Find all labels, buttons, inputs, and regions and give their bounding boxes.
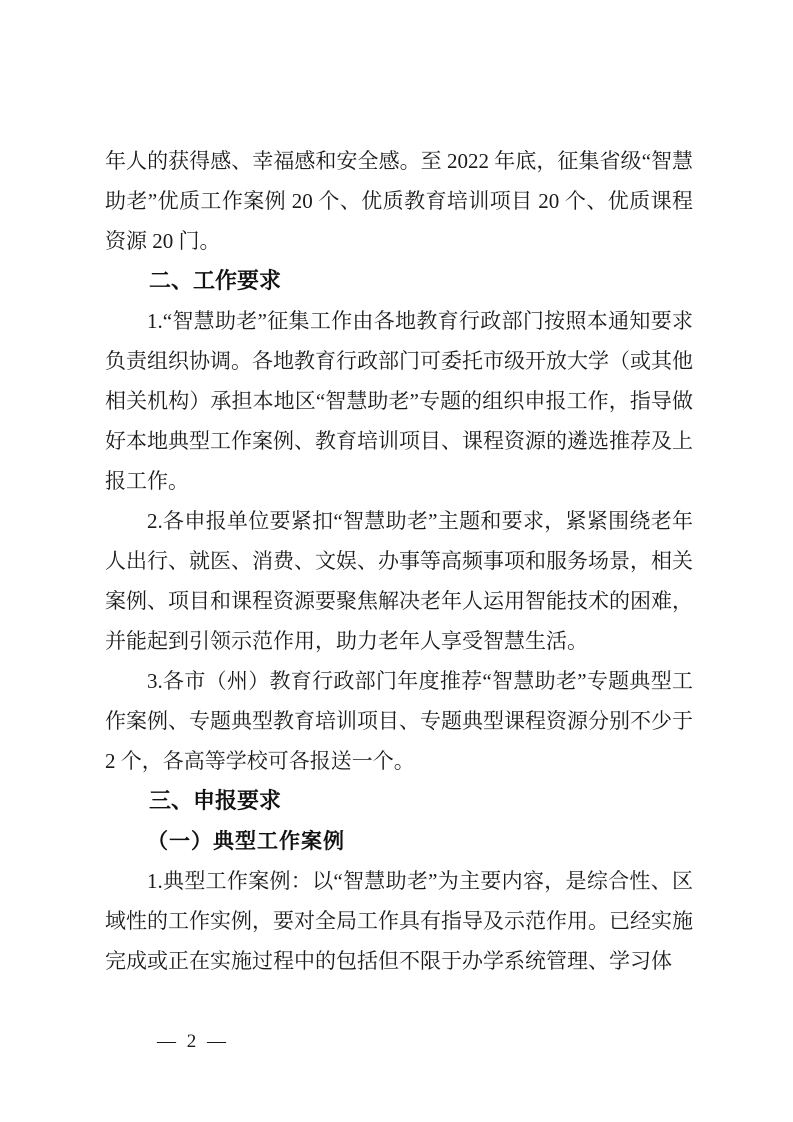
paragraph-work-requirement-1: 1.“智慧助老”征集工作由各地教育行政部门按照本通知要求负责组织协调。各地教育行… [105, 301, 693, 501]
page-footer: — 2 — [126, 1000, 229, 1084]
page-number: — 2 — [157, 1031, 229, 1052]
paragraph-work-requirement-3: 3.各市（州）教育行政部门年度推荐“智慧助老”专题典型工作案例、专题典型教育培训… [105, 661, 693, 781]
paragraph-continued-from-previous-page: 年人的获得感、幸福感和安全感。至 2022 年底，征集省级“智慧助老”优质工作案… [105, 141, 693, 261]
section-heading-application-requirements: 三、申报要求 [105, 781, 693, 821]
subsection-heading-typical-work-case: （一）典型工作案例 [105, 821, 693, 861]
paragraph-work-requirement-2: 2.各申报单位要紧扣“智慧助老”主题和要求，紧紧围绕老年人出行、就医、消费、文娱… [105, 501, 693, 661]
document-body: 年人的获得感、幸福感和安全感。至 2022 年底，征集省级“智慧助老”优质工作案… [105, 141, 693, 981]
section-heading-work-requirements: 二、工作要求 [105, 261, 693, 301]
paragraph-typical-work-case-1: 1.典型工作案例：以“智慧助老”为主要内容，是综合性、区域性的工作实例，要对全局… [105, 861, 693, 981]
document-page: 年人的获得感、幸福感和安全感。至 2022 年底，征集省级“智慧助老”优质工作案… [0, 0, 793, 1122]
